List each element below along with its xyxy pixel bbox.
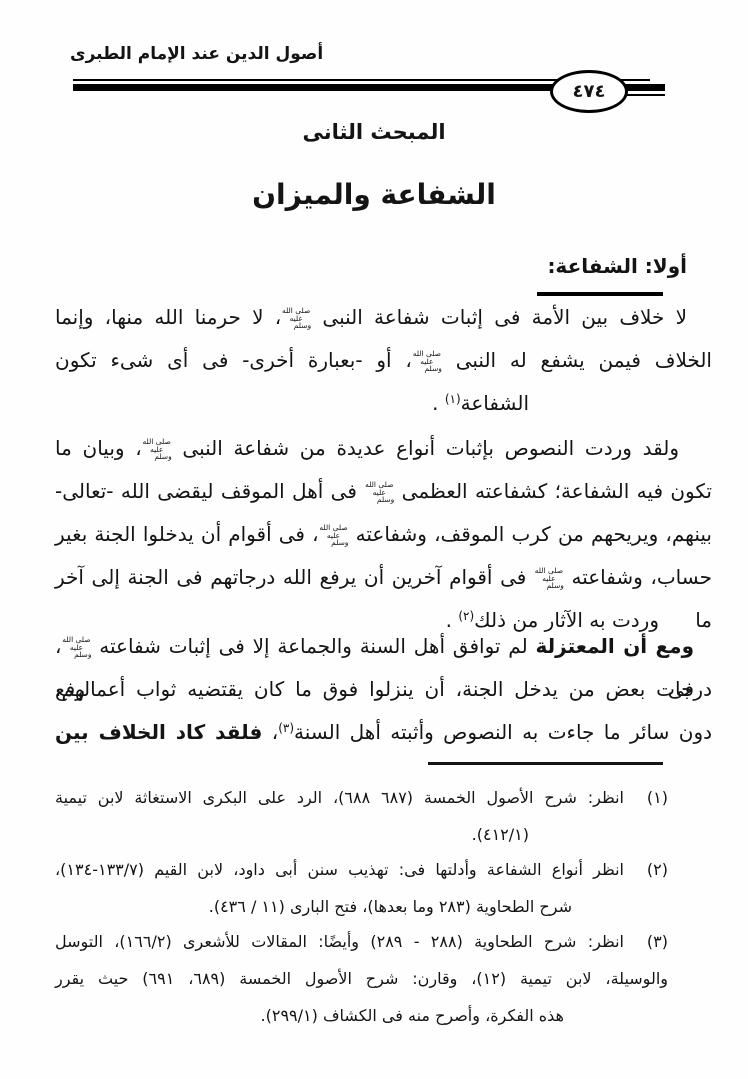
footnote-line: شرح الطحاوية (٢٨٣ وما بعدها)، فتح البارى… <box>55 888 572 925</box>
body-line: لا خلاف بين الأمة فى إثبات شفاعة النبى ص… <box>55 296 687 339</box>
text-run: الشفاعة <box>461 391 529 415</box>
body-line: الخلاف فيمن يشفع له النبى صلى الله عليه … <box>55 339 712 382</box>
page-number: ٤٧٤ <box>573 81 606 102</box>
text-run: ولقد وردت النصوص بإثبات أنواع عديدة من ش… <box>172 436 679 460</box>
text-run: (١‏/‏٤١٢). <box>472 825 529 844</box>
bold-text: فلقد كاد الخلاف بين <box>55 720 262 744</box>
text-run: دون سائر ما جاءت به النصوص وأثبته أهل ال… <box>294 720 712 744</box>
text-run: الخلاف فيمن يشفع له النبى <box>442 348 712 372</box>
body-line: درجات بعض من يدخل الجنة، أن ينزلوا فوق م… <box>55 668 712 711</box>
text-run: والوسيلة، لابن تيمية (١٢)، وقارن: شرح ال… <box>55 969 668 988</box>
text-run: حساب، وشفاعته <box>564 565 712 589</box>
saw-honorific: صلى الله عليه وسلم <box>412 350 442 374</box>
text-run: هذه الفكرة، وأصرح منه فى الكشاف (١‏/‏٢٩٩… <box>261 1006 564 1025</box>
footnote-3: (٣)انظر: شرح الطحاوية (٢٨٨ - ٢٨٩) وأيضًا… <box>55 923 668 1034</box>
text-run: ، <box>262 720 278 744</box>
saw-honorific: صلى الله عليه وسلم <box>534 567 564 591</box>
body-line: دون سائر ما جاءت به النصوص وأثبته أهل ال… <box>55 711 712 754</box>
footnote-ref: (١) <box>445 392 461 406</box>
body-line: بينهم، ويريحهم من كرب الموقف، وشفاعته صل… <box>55 513 712 556</box>
text-run: . <box>432 391 445 415</box>
footnote-ref: (٢) <box>458 609 474 623</box>
footnote-line: (١‏/‏٤١٢). <box>55 816 529 853</box>
text-run: ، أو -بعبارة أخرى- فى أى شىء تكون <box>55 348 412 372</box>
footnote-number: (٢) <box>624 851 668 888</box>
body-paragraph-3: ومع أن المعتزلة لم توافق أهل السنة والجم… <box>55 625 712 754</box>
footnote-number: (١) <box>624 779 668 816</box>
text-run: بينهم، ويريحهم من كرب الموقف، وشفاعته <box>349 522 712 546</box>
footnote-number: (٣) <box>624 923 668 960</box>
text-run: ، لا حرمنا الله منها، وإنما <box>55 305 281 329</box>
page-number-badge: ٤٧٤ <box>550 70 628 113</box>
text-run: ، فى أقوام أن يدخلوا الجنة بغير <box>55 522 319 546</box>
book-title: أصول الدين عند الإمام الطبرى <box>70 44 323 64</box>
text-run: شرح الطحاوية (٢٨٣ وما بعدها)، فتح البارى… <box>209 897 572 916</box>
text-run: انظر: شرح الطحاوية (٢٨٨ - ٢٨٩) وأيضًا: ا… <box>55 932 624 951</box>
footnote-line: (٢)انظر أنواع الشفاعة وأدلتها فى: تهذيب … <box>55 851 668 888</box>
text-run: فى أهل الموقف ليقضى الله -تعالى- <box>55 479 364 503</box>
body-line: الشفاعة(١) . <box>55 382 529 425</box>
body-line: تكون فيه الشفاعة؛ كشفاعته العظمى صلى الل… <box>55 470 712 513</box>
footnote-line: (١)انظر: شرح الأصول الخمسة (٦٨٧ ٦٨٨)، ال… <box>55 779 668 816</box>
footnote-2: (٢)انظر أنواع الشفاعة وأدلتها فى: تهذيب … <box>55 851 668 925</box>
page-title: الشفاعة والميزان <box>0 178 748 211</box>
footnote-line: هذه الفكرة، وأصرح منه فى الكشاف (١‏/‏٢٩٩… <box>55 997 564 1034</box>
body-line: حساب، وشفاعته صلى الله عليه وسلم فى أقوا… <box>55 556 712 599</box>
section-heading: أولا: الشفاعة: <box>547 254 687 278</box>
text-run: انظر أنواع الشفاعة وأدلتها فى: تهذيب سنن… <box>55 860 624 879</box>
book-page: أصول الدين عند الإمام الطبرى ٤٧٤ المبحث … <box>0 0 748 1079</box>
saw-honorific: صلى الله عليه وسلم <box>61 636 91 660</box>
footnote-line: والوسيلة، لابن تيمية (١٢)، وقارن: شرح ال… <box>55 960 668 997</box>
saw-honorific: صلى الله عليه وسلم <box>364 481 394 505</box>
text-run: ، وبيان ما <box>55 436 142 460</box>
body-paragraph-1: لا خلاف بين الأمة فى إثبات شفاعة النبى ص… <box>55 296 712 425</box>
text-run: تكون فيه الشفاعة؛ كشفاعته العظمى <box>394 479 712 503</box>
footnote-line: (٣)انظر: شرح الطحاوية (٢٨٨ - ٢٨٩) وأيضًا… <box>55 923 668 960</box>
saw-honorific: صلى الله عليه وسلم <box>281 307 311 331</box>
saw-honorific: صلى الله عليه وسلم <box>319 524 349 548</box>
text-run: لا خلاف بين الأمة فى إثبات شفاعة النبى <box>311 305 687 329</box>
footnote-ref: (٣) <box>278 721 294 735</box>
body-paragraph-2: ولقد وردت النصوص بإثبات أنواع عديدة من ش… <box>55 427 712 642</box>
chapter-heading: المبحث الثانى <box>0 120 748 144</box>
text-run: درجات بعض من يدخل الجنة، أن ينزلوا فوق م… <box>55 677 712 701</box>
bold-text: ومع أن المعتزلة <box>535 634 694 658</box>
body-line: ولقد وردت النصوص بإثبات أنواع عديدة من ش… <box>55 427 679 470</box>
text-run: لم توافق أهل السنة والجماعة إلا فى إثبات… <box>91 634 535 658</box>
body-line: ومع أن المعتزلة لم توافق أهل السنة والجم… <box>55 625 694 668</box>
footnote-separator <box>428 762 663 765</box>
header-rule-thin-right <box>622 94 665 96</box>
footnote-1: (١)انظر: شرح الأصول الخمسة (٦٨٧ ٦٨٨)، ال… <box>55 779 668 853</box>
saw-honorific: صلى الله عليه وسلم <box>142 438 172 462</box>
text-run: انظر: شرح الأصول الخمسة (٦٨٧ ٦٨٨)، الرد … <box>55 788 624 807</box>
